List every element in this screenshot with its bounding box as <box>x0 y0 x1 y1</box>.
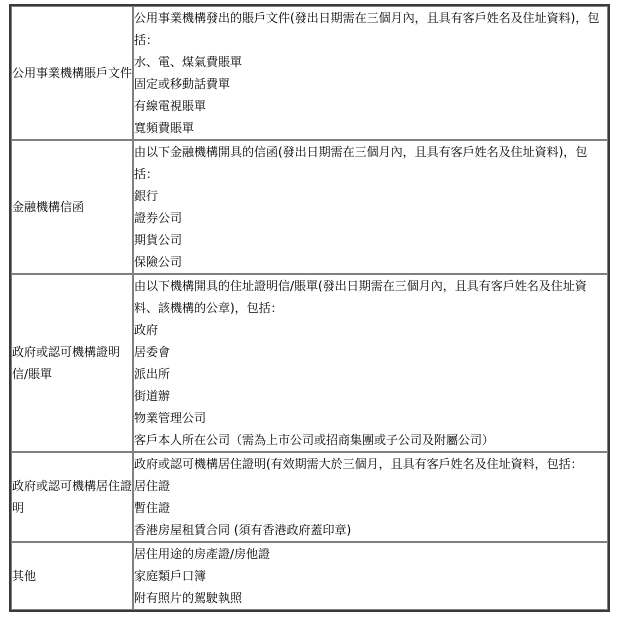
list-item: 家庭類戶口簿 <box>134 565 607 587</box>
table-row: 政府或認可機構居住證明 政府或認可機構居住證明(有效期需大於三個月，且具有客戶姓… <box>11 452 608 542</box>
category-cell: 公用事業機構賬戶文件 <box>11 6 133 140</box>
category-label: 金融機構信函 <box>12 200 84 214</box>
category-label: 其他 <box>12 569 36 583</box>
description-line: 政府或認可機構居住證明(有效期需大於三個月，且具有客戶姓名及住址資料，包括： <box>134 453 607 475</box>
description-cell: 公用事業機構發出的賬戶文件(發出日期需在三個月內，且具有客戶姓名及住址資料)，包… <box>133 6 608 140</box>
table-row: 公用事業機構賬戶文件 公用事業機構發出的賬戶文件(發出日期需在三個月內，且具有客… <box>11 6 608 140</box>
list-item: 居住證 <box>134 475 607 497</box>
list-item: 物業管理公司 <box>134 407 607 429</box>
category-label: 政府或認可機構居住證明 <box>12 479 132 515</box>
description-line: 由以下金融機構開具的信函(發出日期需在三個月內，且具有客戶姓名及住址資料)，包 <box>134 141 607 163</box>
table-row: 其他 居住用途的房產證/房他證 家庭類戶口簿 附有照片的駕駛執照 <box>11 542 608 610</box>
list-item: 街道辦 <box>134 385 607 407</box>
list-item: 居住用途的房產證/房他證 <box>134 543 607 565</box>
category-cell: 其他 <box>11 542 133 610</box>
list-item: 固定或移動話費單 <box>134 73 607 95</box>
list-item: 有線電視賬單 <box>134 95 607 117</box>
description-line: 括： <box>134 163 607 185</box>
description-cell: 由以下機構開具的住址證明信/賬單(發出日期需在三個月內，且具有客戶姓名及住址資 … <box>133 274 608 452</box>
table-row: 金融機構信函 由以下金融機構開具的信函(發出日期需在三個月內，且具有客戶姓名及住… <box>11 140 608 274</box>
category-label: 政府或認可機構證明信/賬單 <box>12 345 120 381</box>
description-cell: 政府或認可機構居住證明(有效期需大於三個月，且具有客戶姓名及住址資料，包括： 居… <box>133 452 608 542</box>
list-item: 香港房屋租賃合同 (須有香港政府蓋印章) <box>134 519 607 541</box>
list-item: 保險公司 <box>134 251 607 273</box>
category-cell: 政府或認可機構居住證明 <box>11 452 133 542</box>
address-proof-documents-table: 公用事業機構賬戶文件 公用事業機構發出的賬戶文件(發出日期需在三個月內，且具有客… <box>9 4 610 612</box>
address-proof-table-wrapper: 公用事業機構賬戶文件 公用事業機構發出的賬戶文件(發出日期需在三個月內，且具有客… <box>9 4 610 612</box>
list-item: 證券公司 <box>134 207 607 229</box>
category-cell: 金融機構信函 <box>11 140 133 274</box>
description-line: 料、該機構的公章)，包括： <box>134 297 607 319</box>
list-item: 居委會 <box>134 341 607 363</box>
description-line: 由以下機構開具的住址證明信/賬單(發出日期需在三個月內，且具有客戶姓名及住址資 <box>134 275 607 297</box>
list-item: 客戶本人所在公司（需為上市公司或招商集團或子公司及附屬公司） <box>134 429 607 451</box>
list-item: 水、電、煤氣費賬單 <box>134 51 607 73</box>
list-item: 寬頻費賬單 <box>134 117 607 139</box>
category-label: 公用事業機構賬戶文件 <box>12 66 132 80</box>
list-item: 派出所 <box>134 363 607 385</box>
list-item: 期貨公司 <box>134 229 607 251</box>
table-row: 政府或認可機構證明信/賬單 由以下機構開具的住址證明信/賬單(發出日期需在三個月… <box>11 274 608 452</box>
description-line: 括： <box>134 29 607 51</box>
list-item: 暫住證 <box>134 497 607 519</box>
description-cell: 居住用途的房產證/房他證 家庭類戶口簿 附有照片的駕駛執照 <box>133 542 608 610</box>
description-cell: 由以下金融機構開具的信函(發出日期需在三個月內，且具有客戶姓名及住址資料)，包 … <box>133 140 608 274</box>
description-line: 公用事業機構發出的賬戶文件(發出日期需在三個月內，且具有客戶姓名及住址資料)，包 <box>134 7 607 29</box>
category-cell: 政府或認可機構證明信/賬單 <box>11 274 133 452</box>
list-item: 銀行 <box>134 185 607 207</box>
list-item: 附有照片的駕駛執照 <box>134 587 607 609</box>
list-item: 政府 <box>134 319 607 341</box>
